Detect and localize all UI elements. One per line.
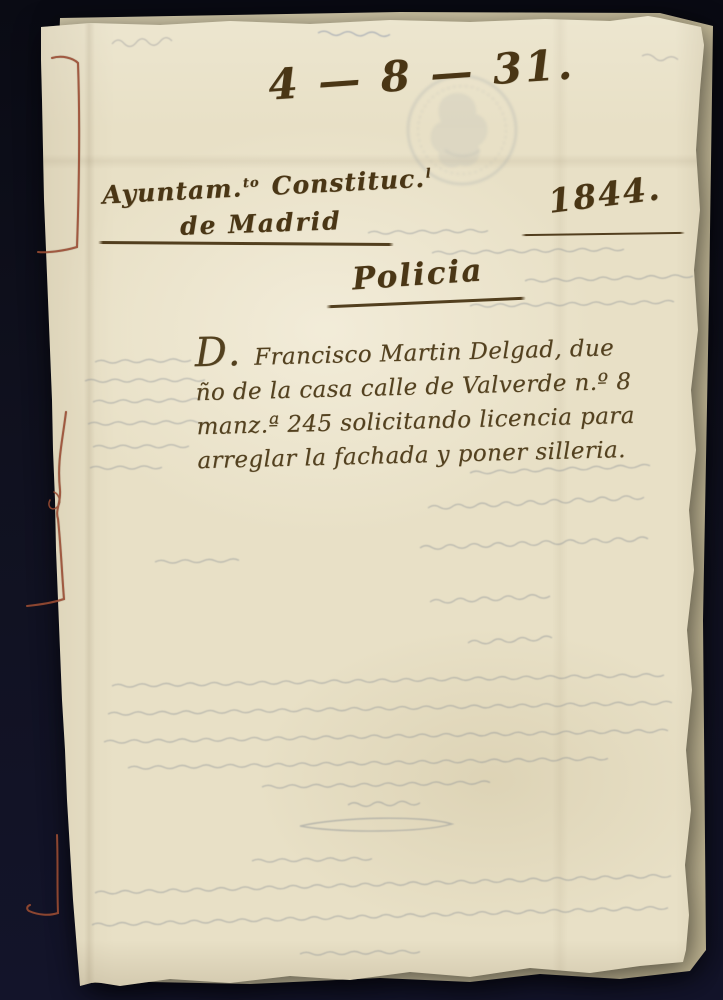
ghost-line [88,420,208,425]
ghost-line [95,875,671,894]
ghost-line [262,781,490,788]
ghost-line [108,701,672,715]
ghost-flourish-paraph [300,818,452,831]
ghost-line [93,445,189,449]
header-abbrev-constitucional: Constituc. [271,164,426,201]
ghost-line [112,38,172,47]
ghost-line [470,300,674,307]
ghost-line [128,757,608,769]
header-superscript-to: to [243,175,260,191]
ghost-line [155,559,239,563]
header-institution: Ayuntam.to Constituc.l [101,163,434,209]
ink-underline-section [326,297,526,308]
ghost-line [348,801,420,806]
ink-underline-header [98,241,394,246]
header-superscript-l: l [425,166,432,181]
ghost-line [468,636,552,644]
ghost-line [85,378,205,382]
ghost-line [252,857,372,862]
ghost-line [92,907,668,926]
body-paragraph: D. Francisco Martin Delgad, due ño de la… [194,324,678,479]
ghost-line [368,229,488,234]
ghost-line [90,466,162,469]
section-title-policia: Policia [351,252,485,297]
ghost-line [428,496,644,509]
ghost-line [112,674,664,687]
ghost-line [318,31,390,36]
photo-backdrop: 4 — 8 — 31. Ayuntam.to Constituc.l de Ma… [0,0,723,1000]
manuscript-page: 4 — 8 — 31. Ayuntam.to Constituc.l de Ma… [0,0,723,1000]
ghost-line [93,398,201,403]
ghost-line [430,595,550,603]
header-city: de Madrid [180,206,343,241]
ink-underline-year [521,232,685,236]
year-label: 1844. [546,168,663,221]
top-sheet-wrap: 4 — 8 — 31. Ayuntam.to Constituc.l de Ma… [0,0,723,1000]
archival-number: 4 — 8 — 31. [267,39,577,109]
header-abbrev-ayuntamiento: Ayuntam. [101,173,242,209]
ghost-line [420,537,648,549]
ghost-line [300,950,420,955]
ghost-line [95,359,191,363]
ghost-line [525,275,693,282]
bleedthrough-ink-layer [0,0,723,1000]
ghost-line [104,729,668,743]
ghost-line [642,54,678,60]
